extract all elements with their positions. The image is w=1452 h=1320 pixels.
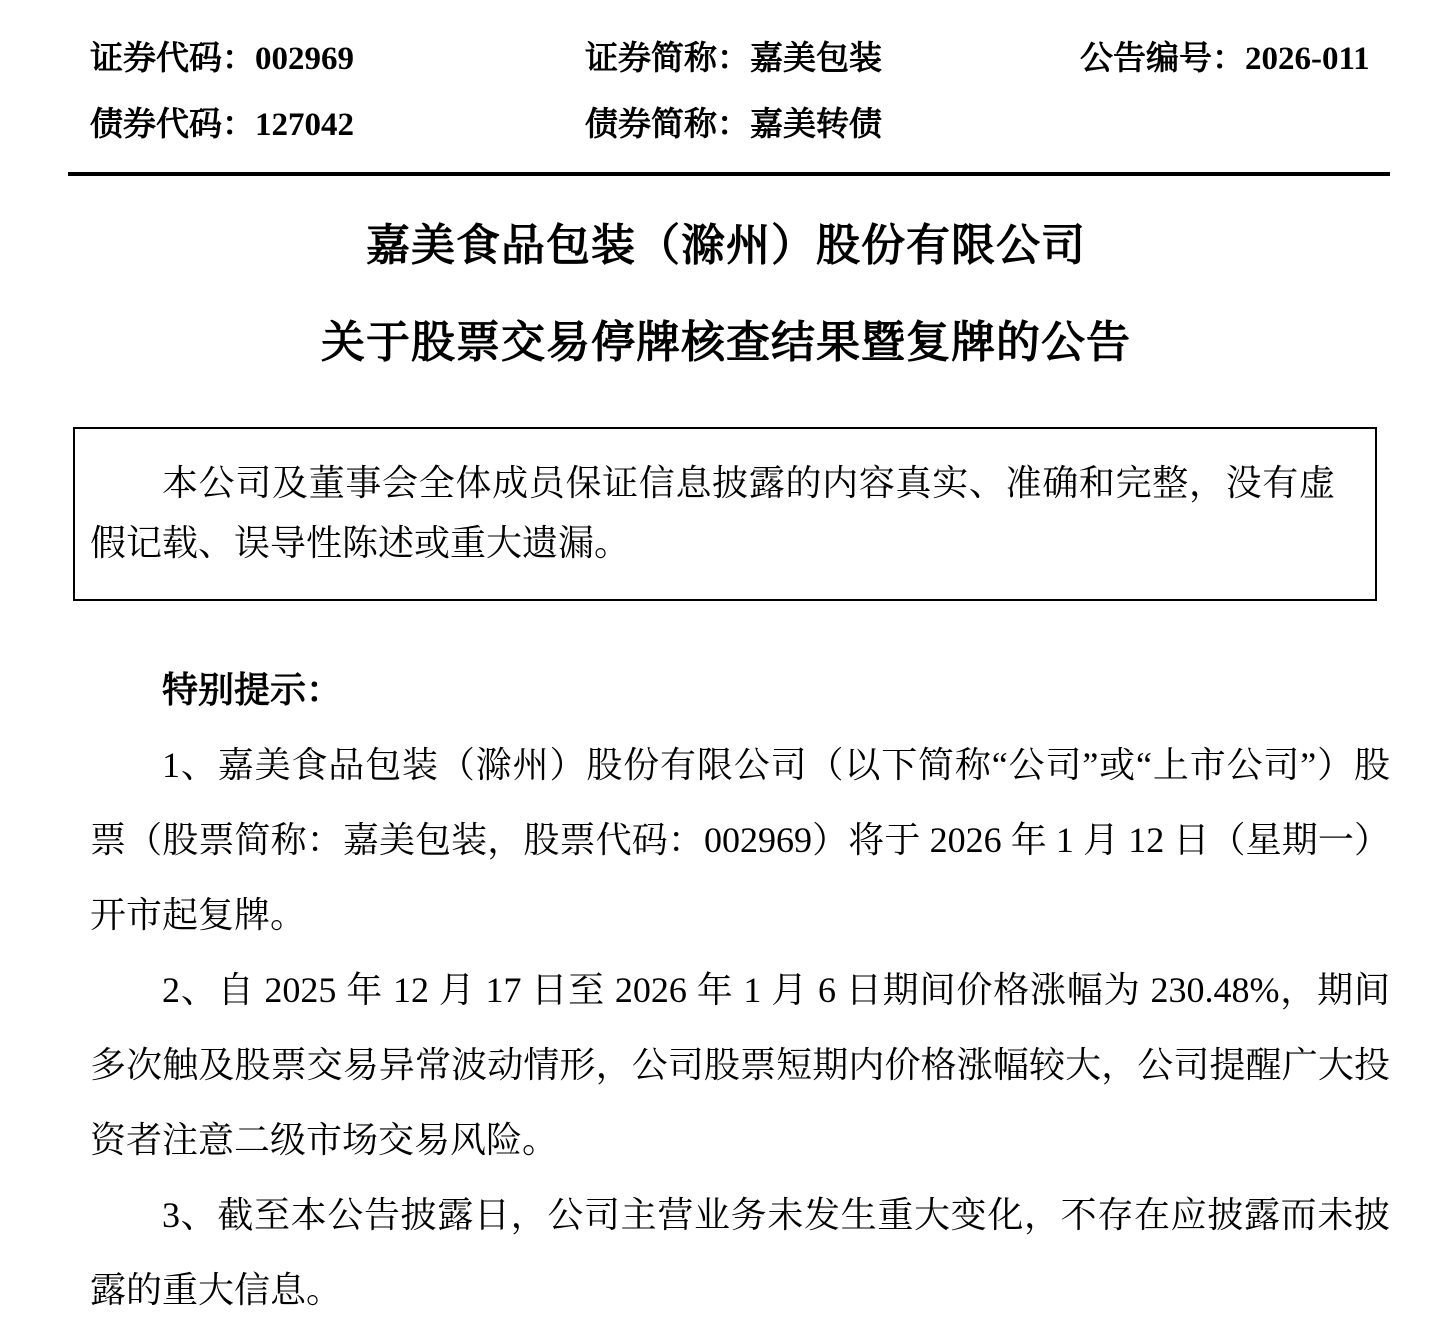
special-notice-heading: 特别提示： <box>90 653 1390 728</box>
header-row-securities: 证券代码：002969 证券简称：嘉美包装 公告编号：2026-011 <box>90 26 1390 92</box>
bond-short-name: 债券简称：嘉美转债 <box>585 92 1080 158</box>
header-divider <box>68 172 1390 176</box>
stock-code: 证券代码：002969 <box>90 26 585 92</box>
announcement-number: 公告编号：2026-011 <box>1080 26 1390 92</box>
disclaimer-text: 本公司及董事会全体成员保证信息披露的内容真实、准确和完整，没有虚假记载、误导性陈… <box>90 453 1335 573</box>
document-page: 证券代码：002969 证券简称：嘉美包装 公告编号：2026-011 债券代码… <box>0 0 1452 1320</box>
header-row-bond: 债券代码：127042 债券简称：嘉美转债 <box>90 92 1390 158</box>
notice-paragraph-1: 1、嘉美食品包装（滁州）股份有限公司（以下简称“公司”或“上市公司”）股票（股票… <box>90 728 1390 953</box>
notice-paragraph-2: 2、自 2025 年 12 月 17 日至 2026 年 1 月 6 日期间价格… <box>90 953 1390 1178</box>
announcement-body: 特别提示： 1、嘉美食品包装（滁州）股份有限公司（以下简称“公司”或“上市公司”… <box>90 653 1390 1320</box>
company-title: 嘉美食品包装（滁州）股份有限公司 <box>0 224 1452 268</box>
title-block: 嘉美食品包装（滁州）股份有限公司 关于股票交易停牌核查结果暨复牌的公告 <box>0 224 1452 365</box>
document-header: 证券代码：002969 证券简称：嘉美包装 公告编号：2026-011 债券代码… <box>0 0 1452 158</box>
header-row-spacer <box>1080 92 1390 158</box>
announcement-title: 关于股票交易停牌核查结果暨复牌的公告 <box>0 321 1452 365</box>
bond-code: 债券代码：127042 <box>90 92 585 158</box>
disclaimer-box: 本公司及董事会全体成员保证信息披露的内容真实、准确和完整，没有虚假记载、误导性陈… <box>73 427 1377 601</box>
notice-paragraph-3: 3、截至本公告披露日，公司主营业务未发生重大变化，不存在应披露而未披露的重大信息… <box>90 1178 1390 1320</box>
stock-short-name: 证券简称：嘉美包装 <box>585 26 1080 92</box>
